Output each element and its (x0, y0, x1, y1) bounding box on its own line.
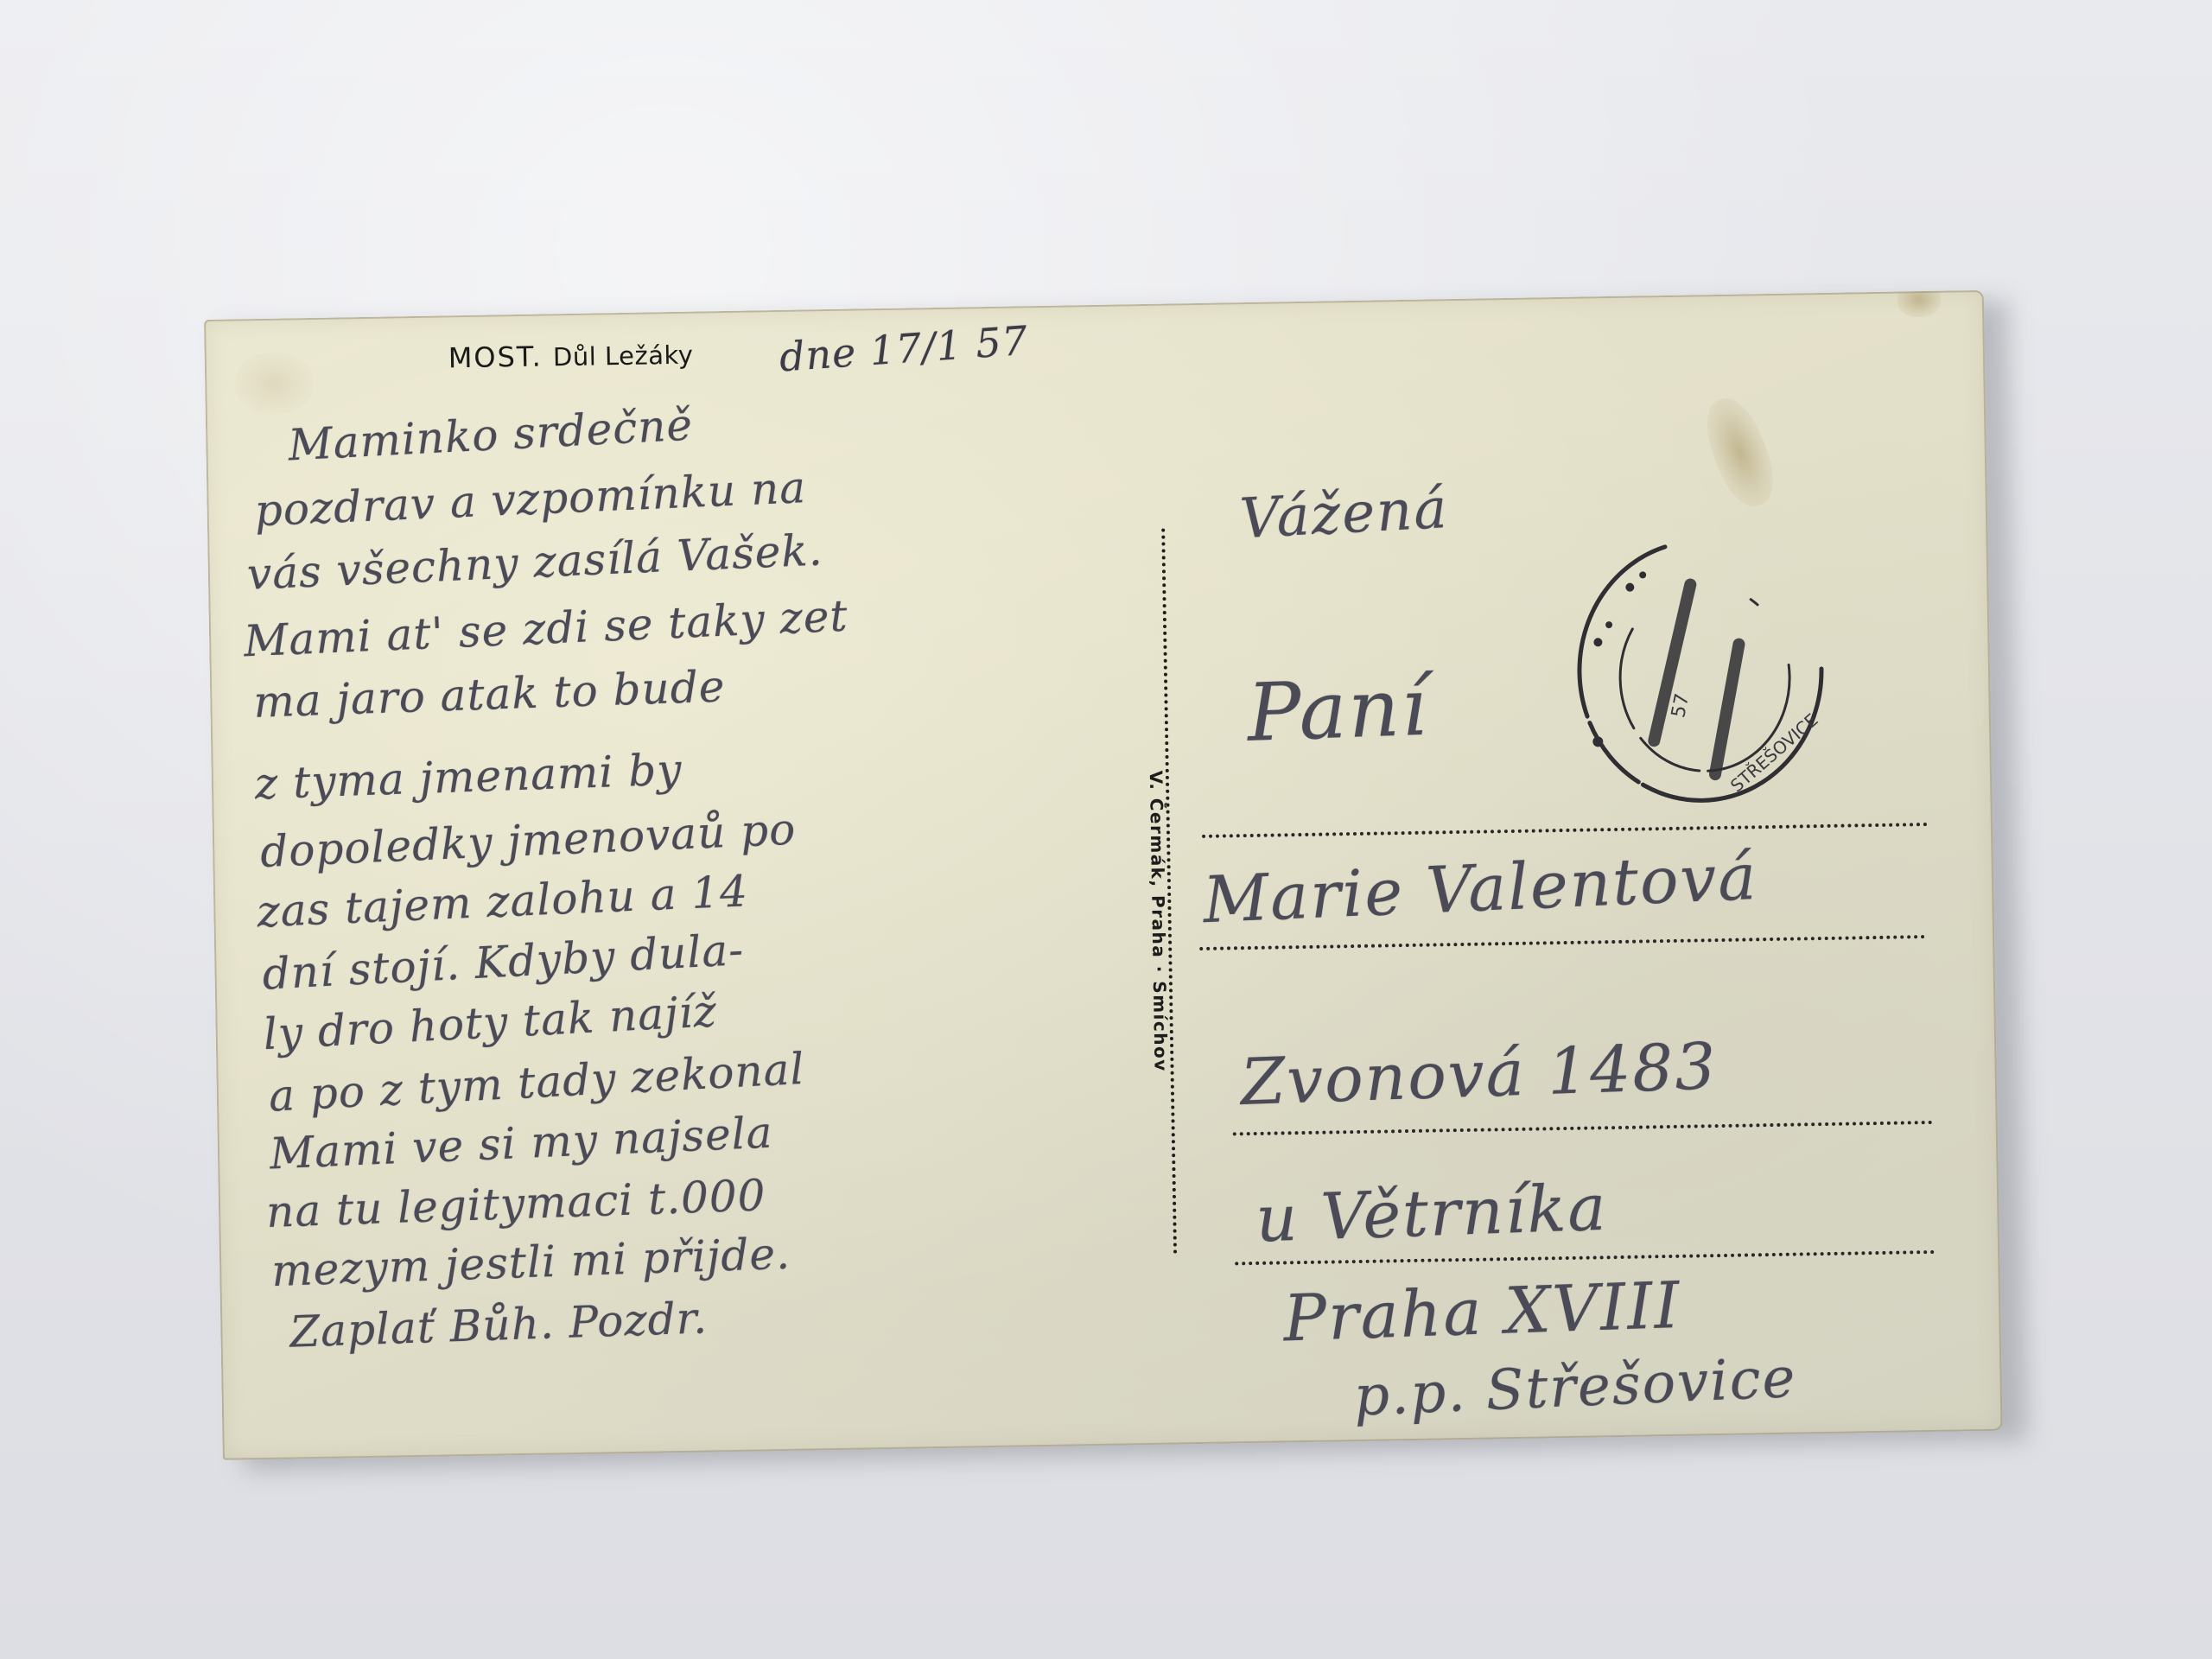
postcard: MOST. Důl Ležáky dne 17/1 57 Maminko srd… (204, 290, 2003, 1460)
stain-mark (1696, 391, 1785, 514)
printed-title-most: MOST. (448, 340, 543, 375)
message-line: zas tajem zalohu a 14 (256, 866, 749, 937)
printed-header: MOST. Důl Ležáky (448, 338, 693, 375)
address-locality: u Větrníka (1255, 1171, 1609, 1257)
message-line: pozdrav a vzpomínku na (254, 462, 808, 536)
postmark-date: 57 (1668, 692, 1694, 720)
message-line: Zaplať Bůh. Pozdr. (289, 1293, 708, 1357)
message-line: ly dro hoty tak najíž (262, 986, 718, 1059)
message-line: mezym jestli mi přijde. (270, 1229, 791, 1296)
message-date: dne 17/1 57 (778, 317, 1029, 381)
message-line: Mami ve si my najsela (269, 1108, 774, 1179)
postmark-place: STŘEŠOVICE (1726, 709, 1822, 797)
address-salutation: Vážená (1238, 477, 1450, 551)
message-line: ma jaro atak to bude (252, 661, 726, 728)
stain-mark (1897, 290, 1942, 318)
address-recipient-name: Marie Valentová (1202, 840, 1759, 938)
message-line: dopoledky jmenovaů po (259, 804, 797, 877)
message-line: Maminko srdečně (287, 399, 694, 470)
message-line: Mami at' se zdi se taky zet (243, 591, 849, 667)
printed-title-mine: Důl Ležáky (553, 340, 694, 372)
address-title: Paní (1246, 661, 1430, 760)
message-line: vás všechny zasílá Vašek. (246, 524, 824, 599)
address-line-2 (1199, 935, 1925, 950)
message-line: z tyma jmenami by (254, 745, 683, 810)
stain-mark (235, 353, 314, 414)
message-line: na tu legitymaci t.000 (265, 1170, 766, 1237)
address-line-1 (1202, 823, 1928, 838)
address-street: Zvonová 1483 (1239, 1029, 1718, 1120)
address-post-office: p.p. Střešovice (1352, 1346, 1797, 1429)
address-line-3 (1233, 1121, 1933, 1135)
address-city: Praha XVIII (1282, 1268, 1682, 1357)
postmark-stamp: 57 STŘEŠOVICE (1560, 522, 1832, 811)
